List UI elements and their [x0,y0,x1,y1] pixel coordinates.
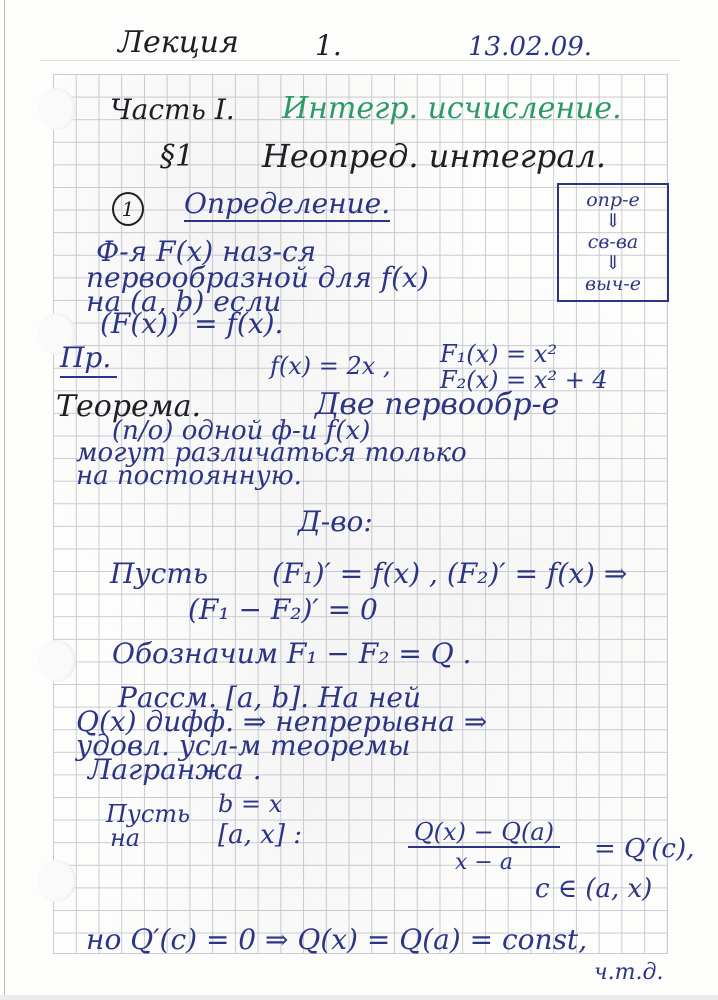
proof-let-1: Пусть [110,560,208,588]
fraction-rhs: = Q′(c), [594,836,694,862]
qed-mark: ч.т.д. [594,962,663,984]
box-item-definition: опр-е [586,191,640,210]
box-item-properties: св-ва [588,233,639,252]
proof-line-3: Обозначим F₁ − F₂ = Q . [112,640,471,668]
section-mark: §1 [160,142,194,172]
example-f: f(x) = 2x , [270,354,391,378]
proof-line-1: (F₁)′ = f(x) , (F₂)′ = f(x) ⇒ [272,560,627,588]
part-title: Интегр. исчисление. [282,94,622,124]
proof-interval: [a, x] : [218,822,302,848]
proof-on: на [110,826,140,850]
subsection-number-circle: 1 [112,192,144,226]
page-bottom-edge [0,995,718,1000]
subsection-title: Определение. [184,190,390,222]
subsection-number: 1 [122,197,135,221]
lagrange-fraction: Q(x) − Q(a) x − a [408,818,560,875]
example-label: Пр. [60,344,117,378]
punch-hole [38,640,76,682]
proof-b-equals-x: b = x [218,792,282,816]
topic-outline-box: опр-е ⇓ св-ва ⇓ выч-е [557,183,669,302]
fraction-numerator: Q(x) − Q(a) [408,818,560,848]
section-title: Неопред. интеграл. [262,140,606,172]
proof-conclusion: но Q′(c) = 0 ⇒ Q(x) = Q(a) = const, [86,926,587,954]
box-item-computation: выч-е [585,275,641,294]
proof-line-7: Лагранжа . [88,756,262,784]
proof-let-2: Пусть [106,802,190,826]
down-arrow-icon: ⇓ [605,212,621,231]
proof-label: Д-во: [298,508,373,536]
theorem-line-4: на постоянную. [76,463,302,489]
punch-hole [38,88,76,130]
definition-line-4: (F(x))′ = f(x). [100,310,283,338]
punch-hole [38,860,76,902]
lecture-number: 1. [315,32,342,60]
example-F1: F₁(x) = x² [440,342,557,366]
fraction-denominator: x − a [455,848,513,875]
c-in-interval: c ∈ (a, x) [535,876,652,902]
lecture-title: Лекция [118,28,239,58]
page-edge [4,0,5,1000]
down-arrow-icon: ⇓ [605,254,621,273]
lecture-date: 13.02.09. [468,34,592,60]
part-label: Часть I. [110,96,235,124]
proof-line-2: (F₁ − F₂)′ = 0 [188,596,378,624]
